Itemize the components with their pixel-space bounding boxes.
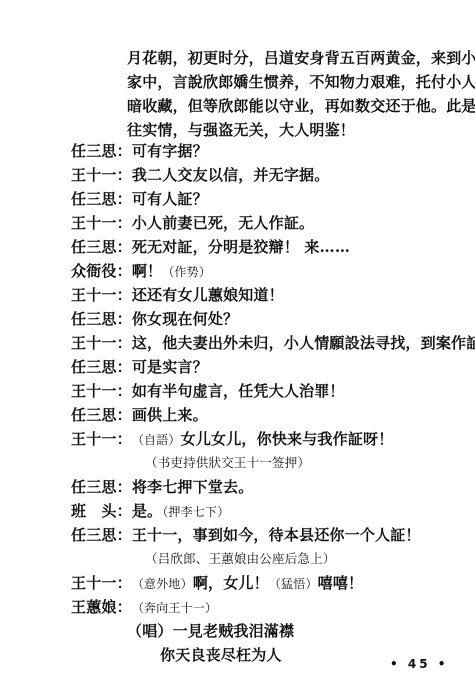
- dialogue-line: 王十一：我二人交友以信，并无字据。: [71, 165, 329, 185]
- speaker-name: 王十一：: [71, 285, 132, 305]
- dialogue-line: 任三思：死无对証，分明是狡辯！ 来……: [71, 237, 350, 257]
- dialogue-line: 王十一：小人前妻已死，无人作証。: [71, 213, 314, 233]
- dialogue-line: 任三思：可是实言？: [71, 357, 208, 377]
- paragraph-line: 家中，言說欣郎嬌生惯养，不知物力艰难，托付小人暗: [127, 72, 475, 92]
- paragraph-line: 暗收藏，但等欣郎能以守业，再如数交还于他。此是已: [127, 96, 475, 116]
- speaker-name: 任三思：: [71, 309, 132, 329]
- speaker-name: 任三思：: [71, 525, 132, 545]
- document-page: 月花朝，初更时分，吕道安身背五百两黄金，来到小人 家中，言說欣郎嬌生惯养，不知物…: [0, 0, 475, 690]
- speaker-name: 班 头：: [71, 501, 132, 521]
- paragraph-line: 往实情，与强盗无关，大人明鉴！: [127, 120, 355, 140]
- song-line: 你天良丧尽枉为人: [160, 645, 282, 665]
- speaker-name: 王十一：: [71, 573, 132, 593]
- dialogue-text: 将李七押下堂去。: [132, 478, 254, 496]
- dialogue-line: 班 头：是。（押李七下）: [71, 501, 229, 522]
- dialogue-line: 任三思：将李七押下堂去。: [71, 477, 253, 497]
- dialogue-text: 女儿女儿，你快来与我作証呀！: [181, 430, 394, 448]
- dialogue-text: 这，他夫妻出外未归，小人情願設法寻找，到案作証！: [132, 334, 475, 352]
- page-number: • 45 •: [390, 657, 448, 671]
- dialogue-text: 是。: [132, 502, 162, 520]
- stage-direction: （书吏持供狀交王十一签押）: [145, 453, 310, 473]
- dialogue-text: 王十一，事到如今，待本县还你一个人証！: [132, 526, 421, 544]
- dialogue-text: 可有人証？: [132, 190, 208, 208]
- stage-direction-inline: （意外地）: [132, 577, 193, 591]
- dialogue-text: 画供上来。: [132, 406, 208, 424]
- dialogue-line: 任三思：王十一，事到如今，待本县还你一个人証！: [71, 525, 421, 545]
- dialogue-line: 任三思：可有字据？: [71, 141, 208, 161]
- dialogue-line: 王十一：还还有女儿蕙娘知道！: [71, 285, 284, 305]
- stage-direction-inline: （猛悟）: [269, 577, 318, 591]
- dialogue-text: 如有半句虚言，任凭大人治罪！: [132, 382, 345, 400]
- dialogue-line: 王十一：如有半句虚言，任凭大人治罪！: [71, 381, 345, 401]
- song-label: （唱）: [127, 622, 173, 640]
- dialogue-line: 任三思：你女现在何处？: [71, 309, 238, 329]
- speaker-name: 众衙役：: [71, 261, 132, 281]
- speaker-name: 王十一：: [71, 429, 132, 449]
- speaker-name: 王蕙娘：: [71, 597, 132, 617]
- song-line: （唱）一見老贼我泪滿襟: [127, 621, 294, 641]
- speaker-name: 任三思：: [71, 237, 132, 257]
- dialogue-line: 任三思：画供上来。: [71, 405, 208, 425]
- dialogue-text: 啊！: [132, 262, 162, 280]
- stage-direction: （吕欣郎、王蕙娘由公座后急上）: [145, 549, 336, 569]
- dialogue-text: 你女现在何处？: [132, 310, 238, 328]
- dialogue-line: 王十一：（意外地）啊，女儿！（猛悟）嘻嘻！: [71, 573, 363, 594]
- speaker-name: 王十一：: [71, 165, 132, 185]
- dialogue-text: 小人前妻已死，无人作証。: [132, 214, 314, 232]
- speaker-name: 任三思：: [71, 477, 132, 497]
- stage-direction-inline: （作势）: [162, 265, 211, 279]
- dialogue-text: 可有字据？: [132, 142, 208, 160]
- dialogue-line: 任三思：可有人証？: [71, 189, 208, 209]
- dialogue-text: 可是实言？: [132, 358, 208, 376]
- speaker-name: 王十一：: [71, 213, 132, 233]
- paragraph-line: 月花朝，初更时分，吕道安身背五百两黄金，来到小人: [127, 48, 475, 68]
- speaker-name: 任三思：: [71, 141, 132, 161]
- dialogue-line: 众衙役：啊！（作势）: [71, 261, 211, 282]
- dialogue-text: 嘻嘻！: [318, 574, 364, 592]
- dialogue-text: 啊，女儿！: [193, 574, 269, 592]
- speaker-name: 王十一：: [71, 381, 132, 401]
- dialogue-line: 王十一：（自語）女儿女儿，你快来与我作証呀！: [71, 429, 393, 450]
- dialogue-text: 我二人交友以信，并无字据。: [132, 166, 330, 184]
- song-text: 一見老贼我泪滿襟: [173, 622, 295, 640]
- dialogue-line: 王蕙娘：（奔向王十一）: [71, 597, 217, 618]
- dialogue-text: 还还有女儿蕙娘知道！: [132, 286, 284, 304]
- speaker-name: 任三思：: [71, 405, 132, 425]
- dialogue-text: 死无对証，分明是狡辯！ 来……: [132, 238, 350, 256]
- stage-direction-inline: （奔向王十一）: [132, 601, 217, 615]
- speaker-name: 任三思：: [71, 189, 132, 209]
- speaker-name: 王十一：: [71, 333, 132, 353]
- dialogue-line: 王十一：这，他夫妻出外未归，小人情願設法寻找，到案作証！: [71, 333, 475, 353]
- speaker-name: 任三思：: [71, 357, 132, 377]
- stage-direction-inline: （自語）: [132, 433, 181, 447]
- stage-direction-inline: （押李七下）: [162, 505, 229, 519]
